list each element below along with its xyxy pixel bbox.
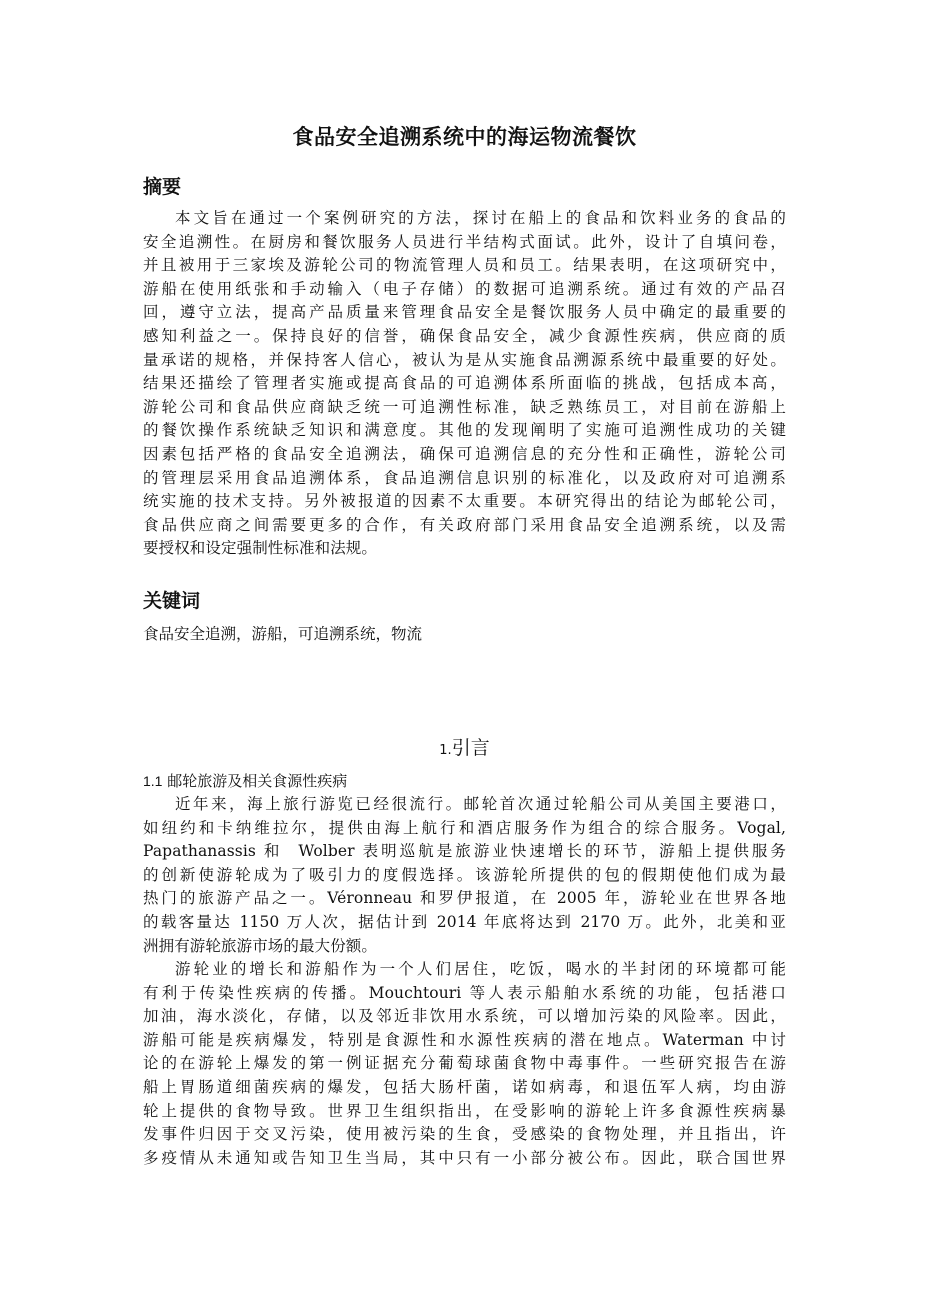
abstract-line: 游轮公司和食品供应商缺乏统一可追溯性标准，缺乏熟练员工，对目前在游船上 (143, 396, 786, 420)
keywords-heading: 关键词 (143, 586, 200, 613)
abstract-line: 游船在使用纸张和手动输入（电子存储）的数据可追溯系统。通过有效的产品召 (143, 278, 786, 302)
abstract-line: 要授权和设定强制性标准和法规。 (143, 537, 786, 561)
abstract-line: 的餐饮操作系统缺乏知识和满意度。其他的发现阐明了实施可追溯性成功的关键 (143, 419, 786, 443)
subsection-title: 邮轮旅游及相关食源性疾病 (167, 772, 347, 790)
paragraph-line: 的创新使游轮成为了吸引力的度假选择。该游轮所提供的包的假期使他们成为最 (143, 864, 786, 888)
abstract-line: 量承诺的规格，并保持客人信心，被认为是从实施食品溯源系统中最重要的好处。 (143, 349, 786, 373)
paragraph-line: 的载客量达 1150 万人次，据估计到 2014 年底将达到 2170 万。此外… (143, 911, 786, 935)
intro-paragraph-2: 游轮业的增长和游船作为一个人们居住，吃饭，喝水的半封闭的环境都可能 有利于传染性… (143, 958, 786, 1170)
subsection-number: 1.1 (143, 773, 162, 789)
subsection-heading: 1.1 邮轮旅游及相关食源性疾病 (143, 770, 347, 792)
abstract-line: 统实施的技术支持。另外被报道的因素不太重要。本研究得出的结论为邮轮公司， (143, 490, 786, 514)
paragraph-line: 发事件归因于交叉污染，使用被污染的生食，受感染的食物处理，并且指出，许 (143, 1123, 786, 1147)
abstract-heading: 摘要 (143, 172, 181, 199)
section-title: 1.引言 (143, 733, 786, 760)
paragraph-line: 多疫情从未通知或告知卫生当局，其中只有一小部分被公布。因此，联合国世界 (143, 1147, 786, 1171)
abstract-line: 回，遵守立法，提高产品质量来管理食品安全是餐饮服务人员中确定的最重要的 (143, 301, 786, 325)
paragraph-line: 游船可能是疾病爆发，特别是食源性和水源性疾病的潜在地点。Waterman 中讨 (143, 1029, 786, 1053)
document-title: 食品安全追溯系统中的海运物流餐饮 (143, 121, 786, 151)
paragraph-line: 如纽约和卡纳维拉尔，提供由海上航行和酒店服务作为组合的综合服务。Vogal, (143, 817, 786, 841)
paragraph-line: 加油，海水淡化，存储，以及邻近非饮用水系统，可以增加污染的风险率。因此， (143, 1005, 786, 1029)
abstract-line: 并且被用于三家埃及游轮公司的物流管理人员和员工。结果表明，在这项研究中， (143, 254, 786, 278)
intro-paragraph-1: 近年来，海上旅行游览已经很流行。邮轮首次通过轮船公司从美国主要港口， 如纽约和卡… (143, 793, 786, 958)
paragraph-line: 船上胃肠道细菌疾病的爆发，包括大肠杆菌，诺如病毒，和退伍军人病，均由游 (143, 1076, 786, 1100)
section-number: 1. (439, 743, 451, 758)
paragraph-line: Papathanassis 和 Wolber 表明巡航是旅游业快速增长的环节，游… (143, 840, 786, 864)
abstract-line: 感知利益之一。保持良好的信誉，确保食品安全，减少食源性疾病，供应商的质 (143, 325, 786, 349)
paragraph-line: 论的在游轮上爆发的第一例证据充分葡萄球菌食物中毒事件。一些研究报告在游 (143, 1052, 786, 1076)
keywords-text: 食品安全追溯，游船，可追溯系统，物流 (143, 623, 422, 645)
paragraph-line: 轮上提供的食物导致。世界卫生组织指出，在受影响的游轮上许多食源性疾病暴 (143, 1100, 786, 1124)
abstract-line: 因素包括严格的食品安全追溯法，确保可追溯信息的充分性和正确性，游轮公司 (143, 443, 786, 467)
paragraph-line: 有利于传染性疾病的传播。Mouchtouri 等人表示船舶水系统的功能，包括港口 (143, 982, 786, 1006)
section-title-text: 引言 (452, 737, 490, 759)
paragraph-line: 洲拥有游轮旅游市场的最大份额。 (143, 935, 786, 959)
paragraph-line: 游轮业的增长和游船作为一个人们居住，吃饭，喝水的半封闭的环境都可能 (143, 958, 786, 982)
paragraph-line: 热门的旅游产品之一。Véronneau 和罗伊报道，在 2005 年，游轮业在世… (143, 887, 786, 911)
abstract-body: 本文旨在通过一个案例研究的方法，探讨在船上的食品和饮料业务的食品的 安全追溯性。… (143, 207, 786, 561)
abstract-line: 的管理层采用食品追溯体系，食品追溯信息识别的标准化，以及政府对可追溯系 (143, 467, 786, 491)
abstract-line: 食品供应商之间需要更多的合作，有关政府部门采用食品安全追溯系统，以及需 (143, 514, 786, 538)
abstract-line: 安全追溯性。在厨房和餐饮服务人员进行半结构式面试。此外，设计了自填问卷， (143, 231, 786, 255)
paragraph-line: 近年来，海上旅行游览已经很流行。邮轮首次通过轮船公司从美国主要港口， (143, 793, 786, 817)
abstract-line: 结果还描绘了管理者实施或提高食品的可追溯体系所面临的挑战，包括成本高， (143, 372, 786, 396)
abstract-line: 本文旨在通过一个案例研究的方法，探讨在船上的食品和饮料业务的食品的 (143, 207, 786, 231)
